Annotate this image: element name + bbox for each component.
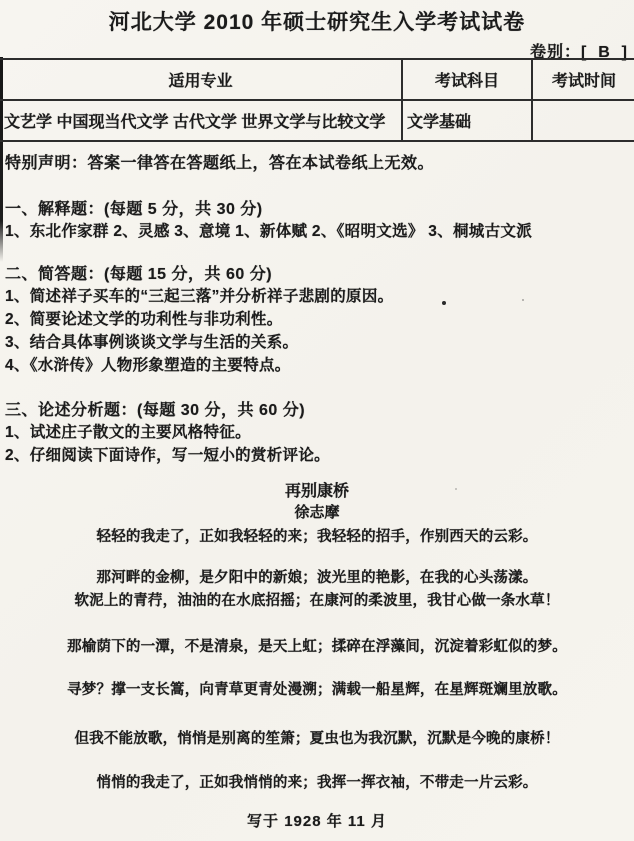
page-title: 河北大学 2010 年硕士研究生入学考试试卷	[0, 6, 634, 36]
poem-colophon: 写于 1928 年 11 月	[0, 810, 634, 831]
section-2-heading: 二、简答题：(每题 15 分，共 60 分)	[5, 261, 272, 284]
cell-exam-subject: 文学基础	[402, 100, 532, 141]
header-exam-subject: 考试科目	[402, 59, 532, 100]
scanned-exam-paper: 河北大学 2010 年硕士研究生入学考试试卷 卷别：[ B ] 适用专业 考试科…	[0, 0, 634, 841]
cell-applicable-majors: 文艺学 中国现当代文学 古代文学 世界文学与比较文学	[0, 100, 402, 141]
cell-exam-time	[532, 100, 634, 141]
header-applicable-majors: 适用专业	[0, 59, 402, 100]
section-1-heading: 一、解释题：(每题 5 分，共 30 分)	[5, 196, 263, 219]
section-1-item-1: 1、东北作家群 2、灵感 3、意境 1、新体赋 2、《昭明文选》 3、桐城古文派	[5, 219, 532, 241]
poem-line-5: 寻梦？撑一支长篙，向青草更青处漫溯；满载一船星辉，在星辉斑斓里放歌。	[0, 678, 634, 699]
poem-line-6: 但我不能放歌，悄悄是别离的笙箫；夏虫也为我沉默，沉默是今晚的康桥！	[0, 727, 634, 748]
poem-line-2: 那河畔的金柳，是夕阳中的新娘；波光里的艳影，在我的心头荡漾。	[0, 566, 634, 587]
exam-info-table: 适用专业 考试科目 考试时间 文艺学 中国现当代文学 古代文学 世界文学与比较文…	[0, 58, 634, 142]
scan-speck	[442, 301, 446, 305]
table-header-row: 适用专业 考试科目 考试时间	[0, 59, 634, 100]
poem-line-4: 那榆荫下的一潭，不是清泉，是天上虹；揉碎在浮藻间，沉淀着彩虹似的梦。	[0, 635, 634, 656]
section-2-item-1: 1、简述祥子买车的“三起三落”并分析祥子悲剧的原因。	[5, 284, 393, 306]
scan-speck	[522, 299, 524, 301]
poem-line-1: 轻轻的我走了，正如我轻轻的来；我轻轻的招手，作别西天的云彩。	[0, 525, 634, 546]
poem-line-7: 悄悄的我走了，正如我悄悄的来；我挥一挥衣袖，不带走一片云彩。	[0, 771, 634, 792]
section-2-item-4: 4、《水浒传》人物形象塑造的主要特点。	[5, 353, 291, 375]
table-data-row: 文艺学 中国现当代文学 古代文学 世界文学与比较文学 文学基础	[0, 100, 634, 141]
section-3-item-1: 1、试述庄子散文的主要风格特征。	[5, 420, 251, 442]
header-exam-time: 考试时间	[532, 59, 634, 100]
poem-author: 徐志摩	[0, 501, 634, 522]
section-2-item-3: 3、结合具体事例谈谈文学与生活的关系。	[5, 330, 298, 352]
section-3-heading: 三、论述分析题：(每题 30 分，共 60 分)	[5, 397, 305, 420]
section-2-item-2: 2、简要论述文学的功利性与非功利性。	[5, 307, 283, 329]
poem-line-3: 软泥上的青荇，油油的在水底招摇；在康河的柔波里，我甘心做一条水草！	[0, 589, 634, 610]
section-3-item-2: 2、仔细阅读下面诗作，写一短小的赏析评论。	[5, 443, 330, 465]
special-notice: 特别声明：答案一律答在答题纸上，答在本试卷纸上无效。	[5, 150, 434, 173]
poem-title: 再别康桥	[0, 478, 634, 501]
